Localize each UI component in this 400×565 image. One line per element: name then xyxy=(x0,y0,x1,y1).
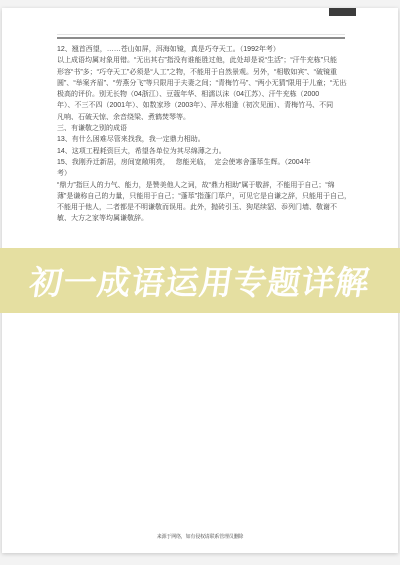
document-text: 12、翘首西望，……苍山如屏，洱海如镜，真是巧夺天工。（1992年考） 以上成语… xyxy=(57,44,347,225)
header-rule-light xyxy=(57,34,345,35)
banner-title: 初一成语运用专题详解 xyxy=(27,257,374,304)
document-line: “鼎力”指巨人的力气、能力，是赞美他人之词，故“鼎力相助”属于敬辞，不能用于自己… xyxy=(57,180,347,191)
document-line: 年）、不三不四（2001年）、如数家珍（2003年）、萍水相逢（初次见面）、青梅… xyxy=(57,100,347,111)
document-line: 14、这项工程耗资巨大，希望各单位为其尽绵薄之力。 xyxy=(57,146,347,157)
screen: 12、翘首西望，……苍山如屏，洱海如镜，真是巧夺天工。（1992年考） 以上成语… xyxy=(0,0,400,565)
document-line: 不能用于他人，二者都是不明谦敬而误用。此外，抛砖引玉、狗尾续貂、忝列门墙、敬谢不 xyxy=(57,202,347,213)
header-rule xyxy=(57,37,345,39)
document-line: 凡响、石破天惊、余音绕梁、煮鹤焚琴等。 xyxy=(57,112,347,123)
document-section-heading: 三、有谦敬之别的成语 xyxy=(57,123,347,134)
document-line: 以上成语均属对象用错。“无出其右”指没有谁能胜过他，此处却是说“生活”；“汗牛充… xyxy=(57,55,347,66)
document-line: 12、翘首西望，……苍山如屏，洱海如镜，真是巧夺天工。（1992年考） xyxy=(57,44,347,55)
document-line: 13、有什么困难尽管来找我，我一定鼎力相助。 xyxy=(57,134,347,145)
document-line: 敏、大方之家等均属谦敬辞。 xyxy=(57,213,347,224)
document-line: 圆”、“举案齐眉”、“劳燕分飞”等只限用于夫妻之间；“青梅竹马”、“两小无猜”限… xyxy=(57,78,347,89)
document-line: 15、我刚乔迁新居，房间宽敞明亮， 您能光临， 定会使寒舍蓬荜生辉。（2004年 xyxy=(57,157,347,168)
footer-note: 来源于网络，如有侵权请联系管理员删除 xyxy=(0,533,400,540)
watermark-banner: 初一成语运用专题详解 xyxy=(0,248,400,313)
document-line: 薄”是谦称自己的力量，只能用于自己；“蓬荜”指蓬门荜户，可见它是自谦之辞，只能用… xyxy=(57,191,347,202)
document-line: 形容“书”多；“巧夺天工”必须是“人工”之物，不能用于自然景观。另外，“相敬如宾… xyxy=(57,67,347,78)
document-line: 极高的评价。别无长物（04浙江）、豆蔻年华、相濡以沫（04江苏）、汗牛充栋（20… xyxy=(57,89,347,100)
dark-mark xyxy=(329,8,356,16)
document-line: 考） xyxy=(57,168,347,179)
